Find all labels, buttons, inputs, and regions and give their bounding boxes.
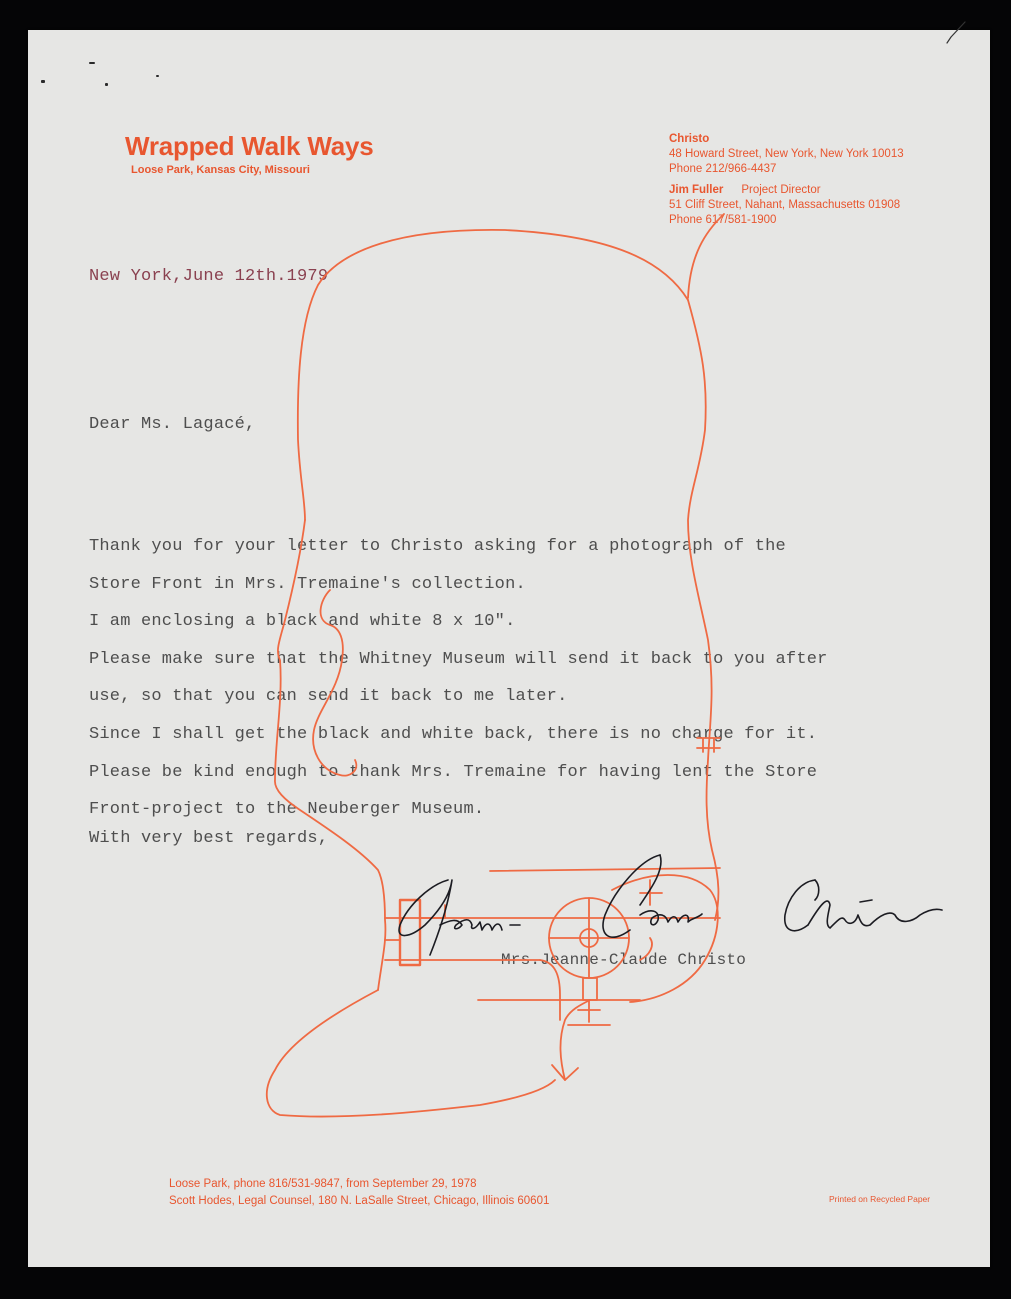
footer-line: Loose Park, phone 816/531-9847, from Sep… — [169, 1176, 549, 1193]
letter-closing: With very best regards, — [89, 829, 328, 848]
body-line: Please be kind enough to thank Mrs. Trem… — [89, 754, 828, 792]
body-line: Since I shall get the black and white ba… — [89, 716, 828, 754]
recycled-paper-note: Printed on Recycled Paper — [829, 1194, 930, 1204]
typed-signature: Mrs.Jeanne-Claude Christo — [501, 951, 746, 969]
contact-name-christo: Christo — [669, 132, 904, 147]
speck-mark — [105, 83, 108, 86]
letterhead-contacts: Christo 48 Howard Street, New York, New … — [669, 132, 904, 228]
speck-mark — [156, 75, 159, 77]
contact-address-christo: 48 Howard Street, New York, New York 100… — [669, 147, 904, 162]
contact-phone-fuller: Phone 617/581-1900 — [669, 213, 904, 228]
letter-page: Wrapped Walk Ways Loose Park, Kansas Cit… — [28, 30, 990, 1267]
footer-line: Scott Hodes, Legal Counsel, 180 N. LaSal… — [169, 1193, 549, 1210]
contact-role-fuller: Project Director — [741, 184, 820, 196]
contact-address-fuller: 51 Cliff Street, Nahant, Massachusetts 0… — [669, 198, 904, 213]
body-line: Thank you for your letter to Christo ask… — [89, 528, 828, 566]
body-line: I am enclosing a black and white 8 x 10"… — [89, 603, 828, 641]
letter-date: New York,June 12th.1979 — [89, 267, 328, 286]
letterhead-subtitle: Loose Park, Kansas City, Missouri — [131, 164, 310, 176]
contact-name-fuller: Jim Fuller — [669, 184, 723, 196]
speck-mark — [89, 62, 95, 64]
body-line: Store Front in Mrs. Tremaine's collectio… — [89, 566, 828, 604]
body-line: Please make sure that the Whitney Museum… — [89, 641, 828, 679]
letterhead-footer: Loose Park, phone 816/531-9847, from Sep… — [169, 1176, 549, 1210]
body-line: Front-project to the Neuberger Museum. — [89, 791, 828, 829]
letterhead-title: Wrapped Walk Ways — [125, 131, 373, 162]
contact-phone-christo: Phone 212/966-4437 — [669, 162, 904, 177]
speck-mark — [41, 80, 45, 83]
letter-salutation: Dear Ms. Lagacé, — [89, 415, 255, 434]
letter-body: Thank you for your letter to Christo ask… — [89, 528, 828, 829]
body-line: use, so that you can send it back to me … — [89, 678, 828, 716]
